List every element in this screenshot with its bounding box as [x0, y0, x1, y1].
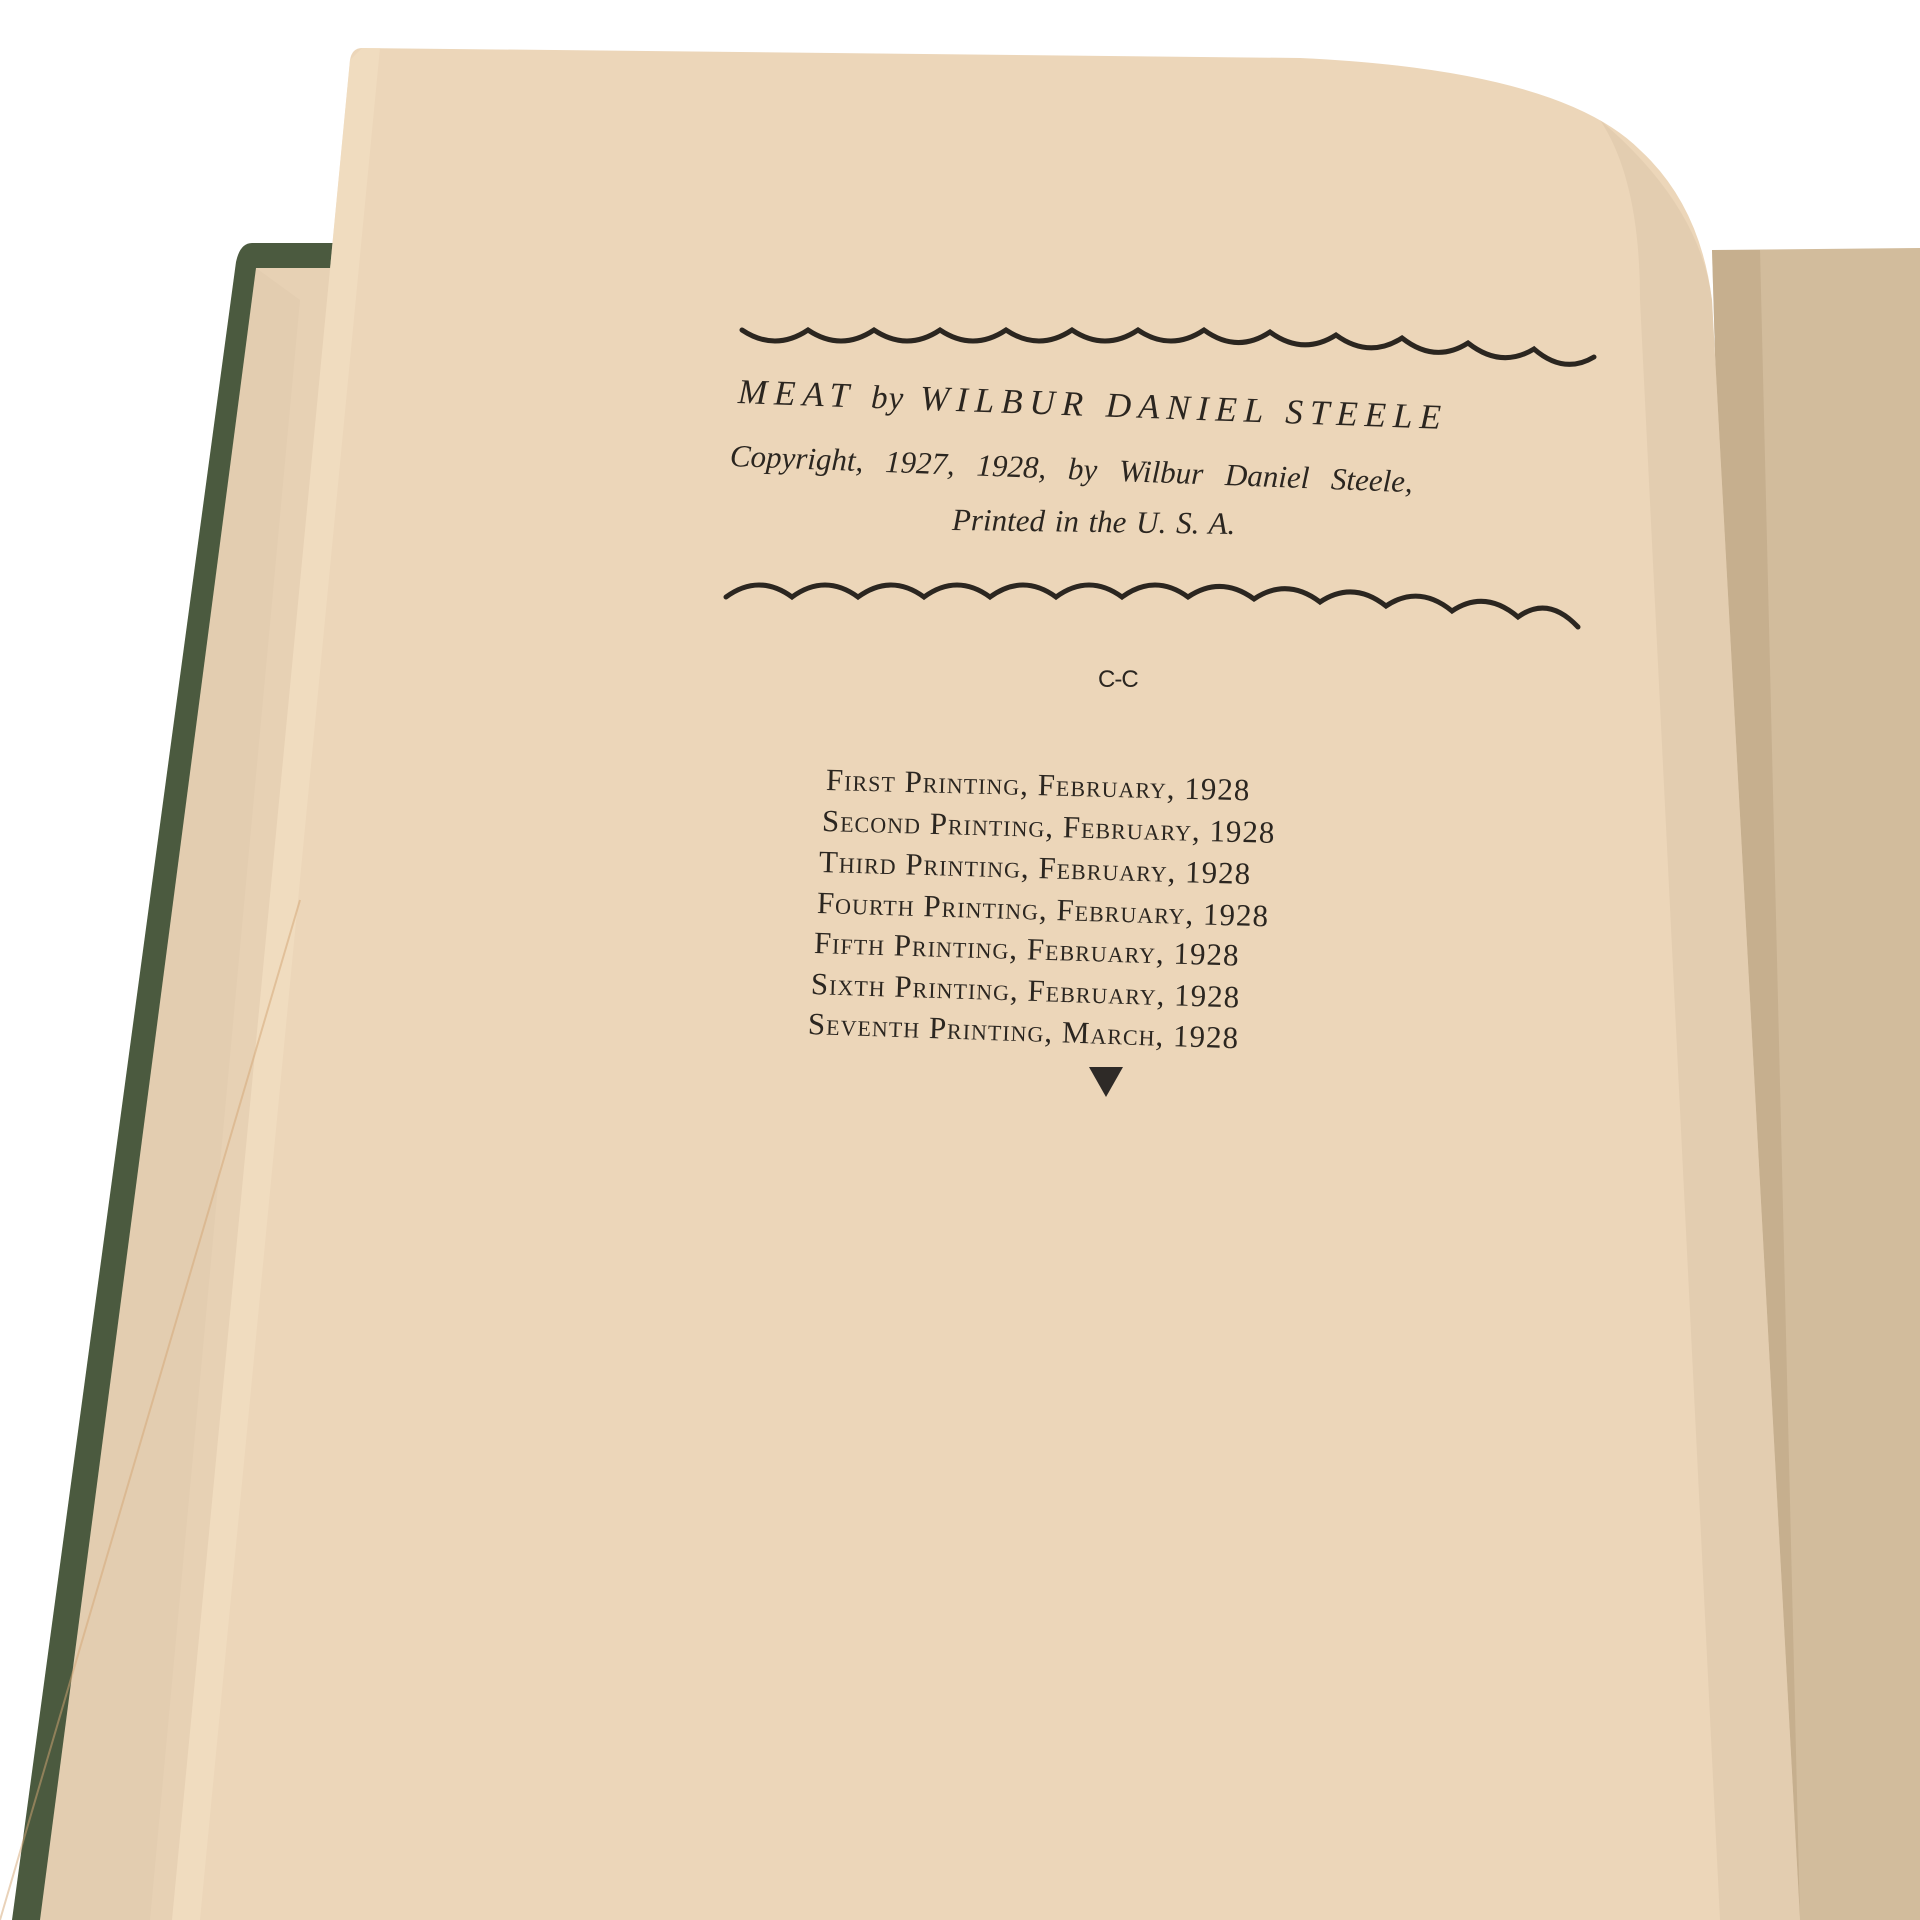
wave-scallop-icon: [742, 330, 1594, 364]
publisher-mark: C-C: [1098, 666, 1138, 694]
book-title: MEAT: [737, 372, 856, 415]
triangle-down-icon: [1089, 1067, 1123, 1097]
wave-arch-icon: [726, 585, 1578, 627]
by-word: by: [870, 380, 904, 417]
printed-in-notice: Printed in the U. S. A.: [952, 502, 1236, 542]
